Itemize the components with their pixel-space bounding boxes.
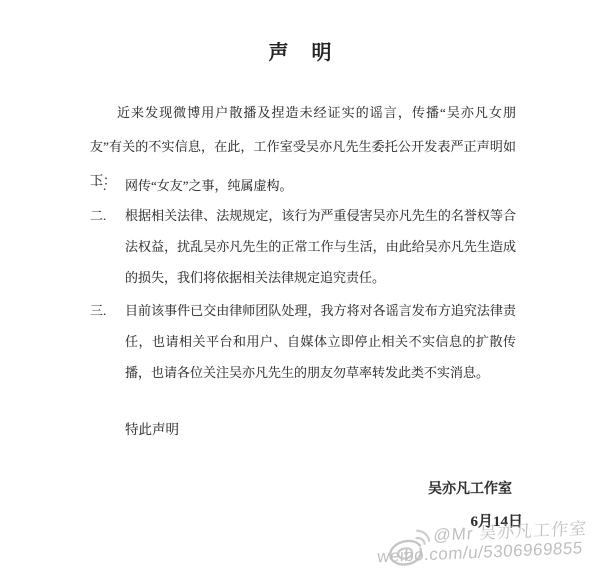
item-3-text: 目前该事件已交由律师团队处理，我方将对各谣言发布方追究法律责任，也请相关平台和用… [125,295,516,388]
item-3-number: 三. [90,295,125,388]
item-1-text: 网传“女友”之事，纯属虚构。 [125,170,516,201]
statement-date: 6月14日 [90,512,523,532]
statement-closing: 特此声明 [90,415,516,445]
statement-document-image: 声 明 近来发现微博用户散播及捏造未经证实的谣言，传播“吴亦凡女朋友”有关的不实… [0,0,600,576]
statement-item-2: 二. 根据相关法律、法规规定，该行为严重侵害吴亦凡先生的名誉权等合法权益，扰乱吴… [90,200,516,293]
statement-item-1: 一. 网传“女友”之事，纯属虚构。 [90,170,516,201]
item-2-number: 二. [90,200,125,293]
weibo-url-text: weibo.com/u/5306969855 [377,538,587,566]
item-2-text: 根据相关法律、法规规定，该行为严重侵害吴亦凡先生的名誉权等合法权益，扰乱吴亦凡先… [125,200,516,293]
weibo-logo-icon [379,526,437,576]
statement-item-3: 三. 目前该事件已交由律师团队处理，我方将对各谣言发布方追究法律责任，也请相关平… [90,295,516,388]
statement-signature: 吴亦凡工作室 [90,480,512,500]
statement-title: 声 明 [0,36,600,65]
item-1-number: 一. [90,170,125,201]
